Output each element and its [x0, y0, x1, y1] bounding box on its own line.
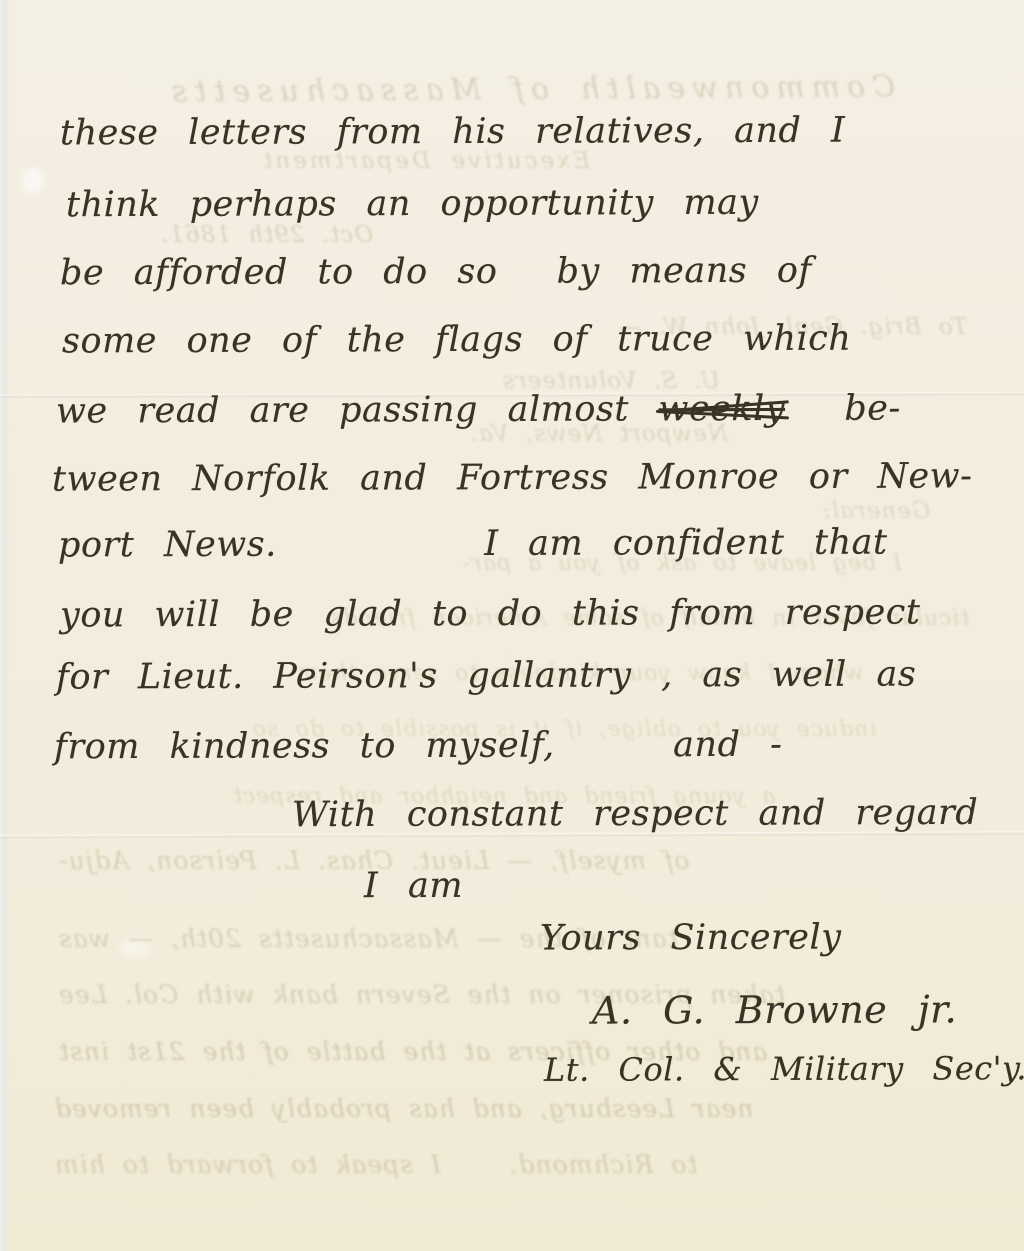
signature: A. G. Browne jr.: [592, 987, 957, 1032]
paper-blemish: [120, 938, 150, 958]
letter-scan-page: Commonwealth of Massachusetts Executive …: [0, 0, 1024, 1251]
handwritten-line-8: you will be glad to do this from respect: [60, 592, 921, 635]
i-am-line: I am: [364, 866, 463, 906]
handwritten-line-5: we read are passing almost weekly be-: [56, 389, 901, 432]
line-5-text: we read are passing almost: [56, 389, 659, 431]
line-5-text-after: be-: [785, 389, 901, 429]
bleedthrough-line: to Richmond. I speak to forward to him: [54, 1150, 697, 1179]
closing-line: With constant respect and regard: [292, 793, 978, 835]
handwritten-line-7: port News. I am confident that: [58, 523, 888, 566]
handwritten-line-4: some one of the flags of truce which: [62, 319, 852, 362]
handwritten-line-10: from kindness to myself, and -: [54, 725, 783, 768]
handwritten-line-2: think perhaps an opportunity may: [66, 183, 759, 225]
bleedthrough-line: near Leesburg, and has probably been rem…: [54, 1094, 753, 1123]
handwritten-line-3: be afforded to do so by means of: [60, 251, 812, 294]
handwritten-line-1: these letters from his relatives, and I: [60, 111, 845, 154]
struck-out-word: weekly: [658, 389, 785, 429]
scan-edge: [0, 0, 9, 1251]
handwritten-line-9: for Lieut. Peirson's gallantry , as well…: [56, 654, 916, 697]
handwritten-line-6: tween Norfolk and Fortress Monroe or New…: [52, 456, 973, 499]
bleedthrough-letterhead: Commonwealth of Massachusetts: [150, 69, 910, 109]
bleedthrough-line: General:: [822, 498, 930, 524]
paper-blemish: [22, 168, 44, 194]
valediction: Yours Sincerely: [540, 917, 842, 958]
bleedthrough-date: Oct. 29th 1861.: [160, 222, 373, 248]
signer-title: Lt. Col. & Military Sec'y.: [544, 1049, 1024, 1089]
